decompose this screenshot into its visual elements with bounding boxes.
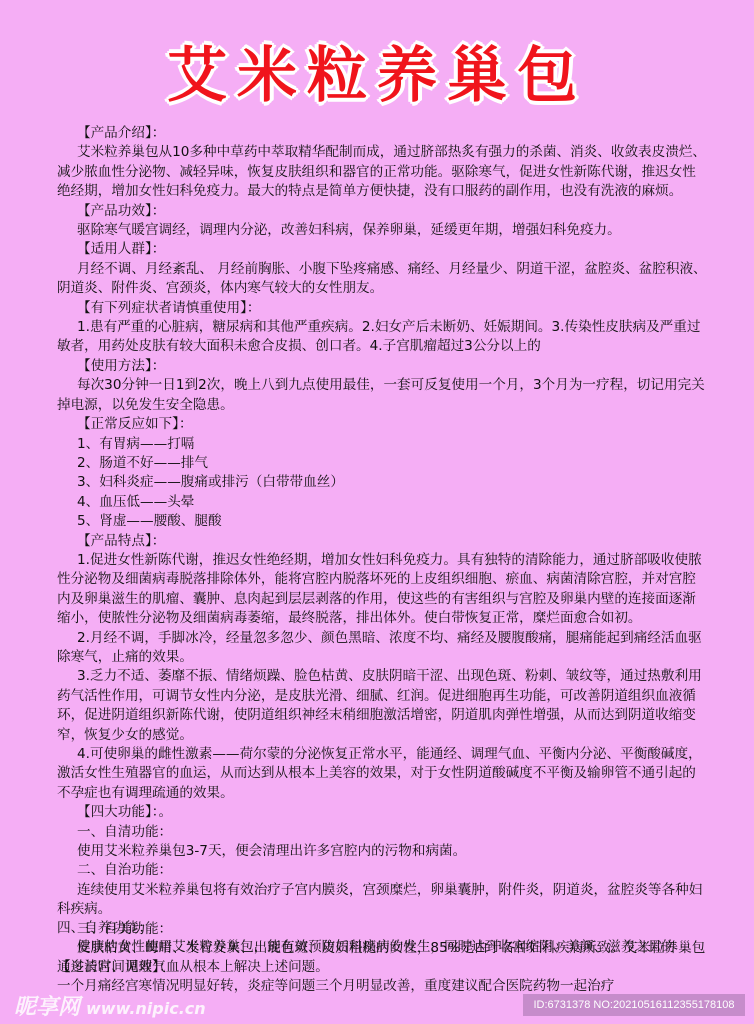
section-text-intro: 艾米粒养巢包从10多种中草药中萃取精华配制而成，通过脐部热炙有强力的杀菌、消炎、… [57, 143, 707, 201]
reaction-item: 2、肠道不好——排气 [57, 454, 707, 473]
feature-item: 2.月经不调，手脚冰冷，经量忽多忽少、颜色黑暗、浓度不均、痛经及腰腹酸痛，腿痛能… [57, 629, 707, 668]
feature-item: 1.促进女性新陈代谢，推迟女性绝经期，增加女性妇科免疫力。具有独特的清除能力，通… [57, 551, 707, 629]
reaction-item: 1、有胃病——打嗝 [57, 435, 707, 454]
reaction-item: 4、血压低——头晕 [57, 493, 707, 512]
function-title: 四、自养功能： [57, 919, 707, 938]
page-title: 艾米粒养巢包 [0, 28, 754, 114]
watermark-url: www.nipic.cn [86, 999, 206, 1018]
document-body: 【产品介绍】： 艾米粒养巢包从10多种中草药中萃取精华配制而成，通过脐部热炙有强… [57, 124, 707, 978]
section-heading-intro: 【产品介绍】： [57, 124, 707, 143]
section-heading-four-functions: 【四大功能】：。 [57, 803, 707, 822]
watermark-logo-text: 昵享网 [14, 995, 80, 1020]
watermark-id-badge: ID:6731378 NO:20210516112355178108 [523, 994, 745, 1016]
reaction-item: 3、妇科炎症——腹痛或排污（白带带血丝） [57, 473, 707, 492]
function-text: 连续使用艾米粒养巢包将有效治疗子宫内膜炎，宫颈糜烂，卵巢囊肿，附件炎，阴道炎，盆… [57, 881, 707, 920]
section-text-usage: 每次30分钟一日1到2次，晚上八到九点使用最佳，一套可反复使用一个月，3个月为一… [57, 376, 707, 415]
section-heading-effect-time: 【多长时间见效】： [57, 958, 707, 977]
section-heading-usage: 【使用方法】： [57, 357, 707, 376]
section-heading-reactions: 【正常反应如下】： [57, 415, 707, 434]
section-heading-features: 【产品特点】： [57, 532, 707, 551]
function-title: 二、自治功能： [57, 861, 707, 880]
feature-item: 4.可使卵巢的雌性激素——荷尔蒙的分泌恢复正常水平，能通经、调理气血、平衡内分泌… [57, 745, 707, 803]
watermark-logo: 昵享网www.nipic.cn [14, 990, 206, 1021]
function-title: 一、自清功能： [57, 823, 707, 842]
section-text-efficacy: 驱除寒气暖宫调经，调理内分泌，改善妇科病，保养卵巢，延缓更年期，增强妇科免疫力。 [57, 221, 707, 240]
reaction-item: 5、肾虚——腰酸、腿酸 [57, 512, 707, 531]
function-text: 使用艾米粒养巢包3-7天，便会清理出许多宫腔内的污物和病菌。 [57, 842, 707, 861]
section-text-caution: 1.患有严重的心脏病，糖尿病和其他严重疾病。2.妇女产后未断奶、妊娠期间。3.传… [57, 318, 707, 357]
section-heading-audience: 【适用人群】： [57, 240, 707, 259]
section-heading-caution: 【有下列症状者请慎重使用】： [57, 299, 707, 318]
function-text: 健康的女性使用艾米粒养巢包，能有效预防妇科疾病的发生，同时达到收宫缩阴、美颜、滋… [57, 938, 707, 957]
section-text-audience: 月经不调、月经紊乱、 月经前胸胀、小腹下坠疼痛感、痛经、月经量少、阴道干涩，盆腔… [57, 260, 707, 299]
document-footer-block: 四、自养功能： 健康的女性使用艾米粒养巢包，能有效预防妇科疾病的发生，同时达到收… [57, 919, 707, 997]
feature-item: 3.乏力不适、萎靡不振、情绪烦躁、脸色枯黄、皮肤阴暗干涩、出现色斑、粉刺、皱纹等… [57, 667, 707, 745]
section-heading-efficacy: 【产品功效】： [57, 202, 707, 221]
